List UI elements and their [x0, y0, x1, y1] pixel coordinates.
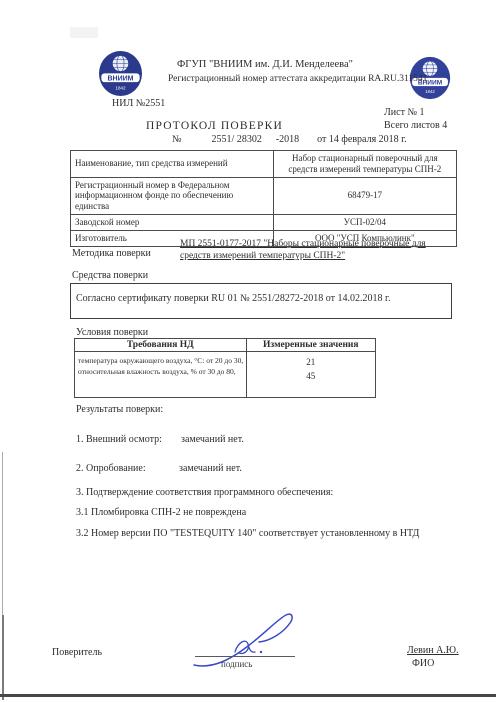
- means-value: Согласно сертификату поверки RU 01 № 255…: [71, 284, 451, 304]
- lab-number: НИЛ №2551: [112, 98, 165, 109]
- means-label: Средства поверки: [72, 270, 148, 281]
- protocol-number-year: -2018: [276, 134, 299, 145]
- measured-cell: 21 45: [246, 352, 375, 398]
- method-label: Методика поверки: [72, 248, 151, 259]
- protocol-number: 2551/ 28302: [212, 134, 262, 145]
- requirements-cell: температура окружающего воздуха, °С: от …: [75, 352, 247, 398]
- signature-line: [195, 656, 295, 657]
- results-title: Результаты поверки:: [76, 404, 163, 415]
- sheet-info: Лист № 1 Всего листов 4: [384, 106, 447, 132]
- result-3-1: 3.1 Пломбировка СПН-2 не повреждена: [76, 507, 246, 518]
- table-row: температура окружающего воздуха, °С: от …: [75, 352, 376, 398]
- info-value-reg-number: 68479-17: [273, 177, 456, 214]
- measured-humidity: 45: [249, 370, 373, 384]
- logo-name-text: ВНИИМ: [107, 75, 133, 82]
- logo-year-text: 1842: [115, 86, 126, 91]
- conditions-header-requirements: Требования НД: [75, 339, 247, 352]
- protocol-number-line: № 2551/ 28302 -2018 от 14 февраля 2018 г…: [172, 134, 407, 145]
- instrument-info-table: Наименование, тип средства измерений Наб…: [70, 150, 457, 247]
- verifier-name: Левин А.Ю.: [407, 645, 459, 656]
- method-value: МП 2551-0177-2017 "Наборы стационарные п…: [180, 238, 442, 263]
- table-header-row: Требования НД Измеренные значения: [75, 339, 376, 352]
- info-label-serial: Заводской номер: [71, 214, 274, 230]
- table-row: Наименование, тип средства измерений Наб…: [71, 151, 457, 178]
- conditions-header-measured: Измеренные значения: [246, 339, 375, 352]
- table-row: Заводской номер УСП-02/04: [71, 214, 457, 230]
- sheet-number: Лист № 1: [384, 106, 447, 119]
- info-label-name: Наименование, тип средства измерений: [71, 151, 274, 178]
- scan-smudge: [70, 27, 98, 38]
- signature-caption: подпись: [221, 659, 252, 669]
- requirement-temperature: температура окружающего воздуха, °С: от …: [78, 356, 244, 367]
- info-value-serial: УСП-02/04: [273, 214, 456, 230]
- table-row: Регистрационный номер в Федеральном инфо…: [71, 177, 457, 214]
- protocol-document-page: ВНИИМ 1842 ВНИИМ 1842 ФГУП "ВНИИМ им. Д.…: [0, 0, 496, 702]
- vniim-logo-left: ВНИИМ 1842: [98, 50, 143, 102]
- protocol-date: от 14 февраля 2018 г.: [317, 134, 406, 145]
- info-value-name: Набор стационарный поверочный для средст…: [273, 151, 456, 178]
- measured-temperature: 21: [249, 356, 373, 370]
- conditions-table: Требования НД Измеренные значения темпер…: [74, 338, 376, 398]
- org-name: ФГУП "ВНИИМ им. Д.И. Менделеева": [177, 59, 353, 70]
- conditions-label: Условия поверки: [76, 327, 148, 338]
- result-3-2: 3.2 Номер версии ПО "TESTEQUITY 140" соо…: [76, 528, 419, 539]
- result-1-label: 1. Внешний осмотр:: [76, 434, 162, 445]
- result-3-label: 3. Подтверждение соответствия программно…: [76, 487, 333, 498]
- info-label-reg-number: Регистрационный номер в Федеральном инфо…: [71, 177, 274, 214]
- protocol-title: ПРОТОКОЛ ПОВЕРКИ: [146, 120, 283, 132]
- means-box: Согласно сертификату поверки RU 01 № 255…: [70, 283, 452, 319]
- scan-left-edge-dark: [2, 615, 4, 700]
- vniim-seal-icon: ВНИИМ 1842: [98, 50, 143, 97]
- requirement-humidity: относительная влажность воздуха, % от 30…: [78, 367, 244, 378]
- result-2-label: 2. Опробование:: [76, 463, 146, 474]
- protocol-number-sign: №: [172, 134, 182, 145]
- result-2-value: замечаний нет.: [179, 463, 242, 474]
- accreditation-number: Регистрационный номер аттестата аккредит…: [168, 74, 427, 84]
- logo-year-text: 1842: [425, 89, 435, 94]
- fio-caption: ФИО: [412, 658, 434, 669]
- result-1-value: замечаний нет.: [181, 434, 244, 445]
- scan-bottom-edge: [0, 694, 496, 697]
- verifier-label: Поверитель: [52, 647, 102, 658]
- total-sheets: Всего листов 4: [384, 119, 447, 132]
